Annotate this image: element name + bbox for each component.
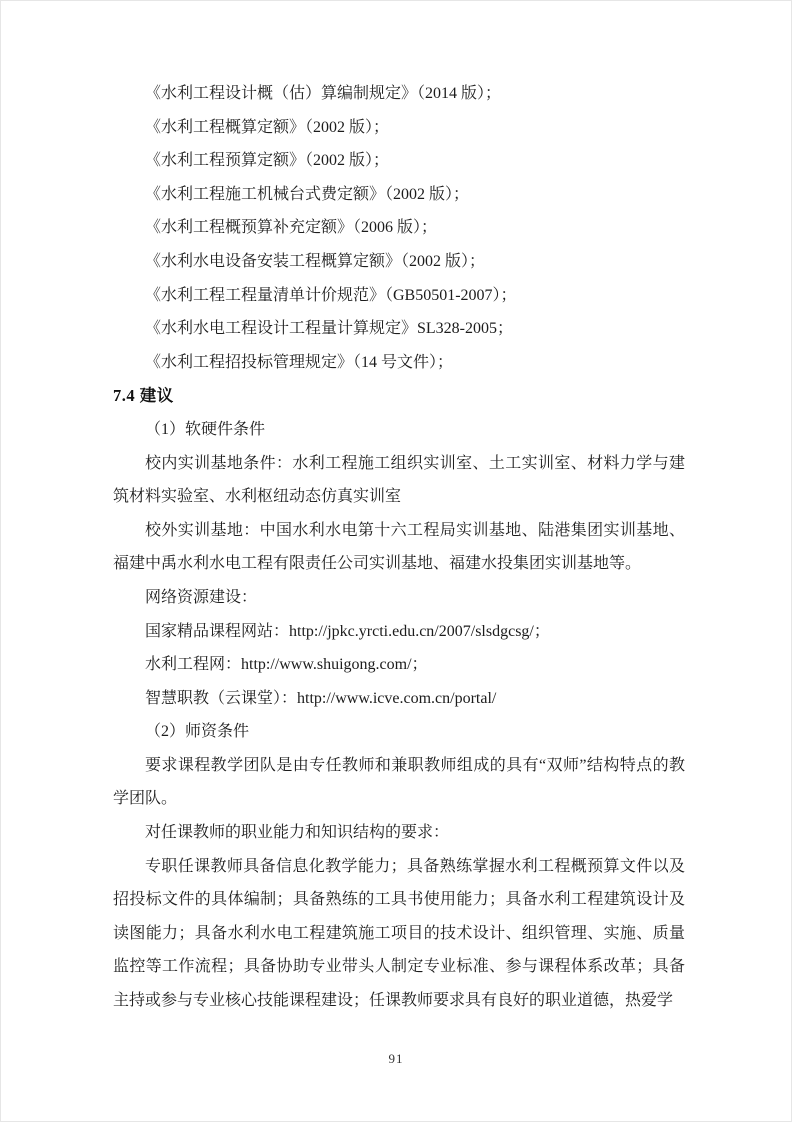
reference-item: 《水利工程工程量清单计价规范》（GB50501-2007）； [113,279,685,313]
document-content: 《水利工程设计概（估）算编制规定》（2014 版）； 《水利工程概算定额》（20… [113,77,685,1018]
paragraph-on-campus-bases: 校内实训基地条件：水利工程施工组织实训室、土工实训室、材料力学与建筑材料实验室、… [113,447,685,514]
reference-item: 《水利水电工程设计工程量计算规定》SL328-2005； [113,312,685,346]
paragraph-network-resources-label: 网络资源建设： [113,581,685,615]
document-page: 《水利工程设计概（估）算编制规定》（2014 版）； 《水利工程概算定额》（20… [0,0,792,1122]
reference-item: 《水利工程施工机械台式费定额》（2002 版）； [113,178,685,212]
reference-item: 《水利工程设计概（估）算编制规定》（2014 版）； [113,77,685,111]
reference-item: 《水利工程概算定额》（2002 版）； [113,111,685,145]
paragraph-off-campus-bases: 校外实训基地：中国水利水电第十六工程局实训基地、陆港集团实训基地、福建中禹水利水… [113,514,685,581]
paragraph-teacher-conditions-label: （2）师资条件 [113,715,685,749]
page-number: 91 [1,1051,791,1067]
section-heading: 7.4 建议 [113,379,685,413]
reference-item: 《水利工程预算定额》（2002 版）； [113,144,685,178]
reference-item: 《水利工程概预算补充定额》（2006 版）； [113,211,685,245]
reference-item: 《水利水电设备安装工程概算定额》（2002 版）； [113,245,685,279]
paragraph-icve-url: 智慧职教（云课堂）：http://www.icve.com.cn/portal/ [113,682,685,716]
paragraph-course-website-url: 国家精品课程网站：http://jpkc.yrcti.edu.cn/2007/s… [113,615,685,649]
paragraph-shuigong-url: 水利工程网：http://www.shuigong.com/； [113,648,685,682]
reference-item: 《水利工程招投标管理规定》（14 号文件）； [113,346,685,380]
paragraph-teacher-requirements-label: 对任课教师的职业能力和知识结构的要求： [113,816,685,850]
paragraph-teacher-abilities: 专职任课教师具备信息化教学能力；具备熟练掌握水利工程概预算文件以及招投标文件的具… [113,850,685,1018]
paragraph-software-hardware-label: （1）软硬件条件 [113,413,685,447]
paragraph-teaching-team: 要求课程教学团队是由专任教师和兼职教师组成的具有“双师”结构特点的教学团队。 [113,749,685,816]
